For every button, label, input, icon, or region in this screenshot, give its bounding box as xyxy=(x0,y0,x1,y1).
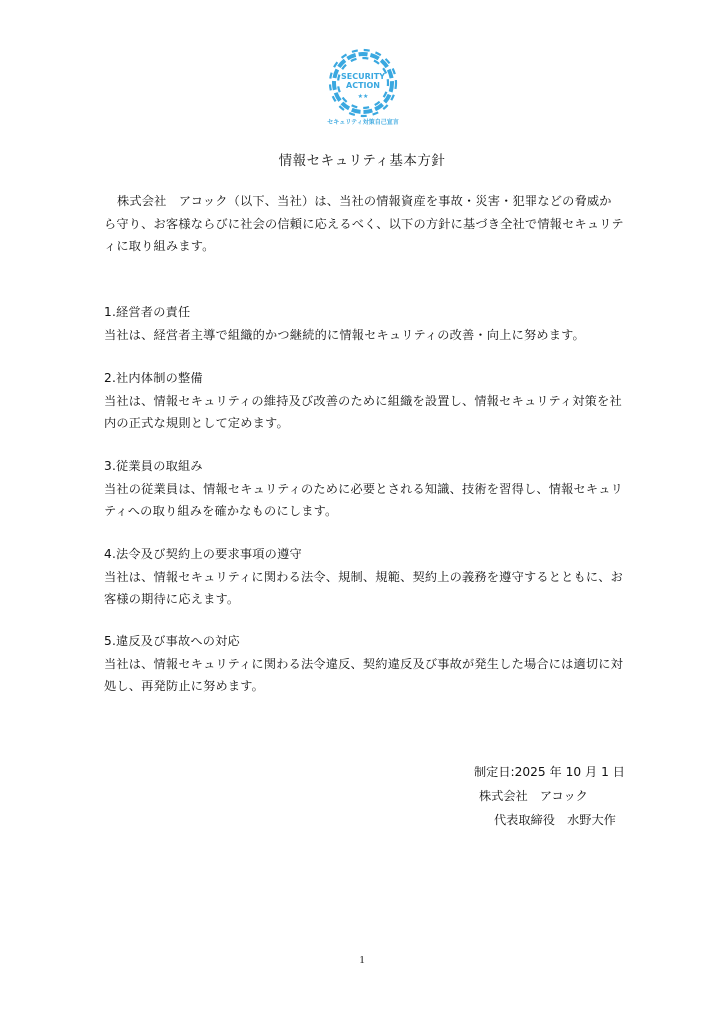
document-title: 情報セキュリティ基本方針 xyxy=(0,149,724,169)
policy-section-3: 3.従業員の取組み 当社の従業員は、情報セキュリティのために必要とされる知識、技… xyxy=(104,455,624,523)
section-body: 当社は、情報セキュリティに関わる法令、規制、規範、契約上の義務を遵守するとともに… xyxy=(104,566,624,611)
page-number: 1 xyxy=(0,954,724,966)
company-name: 株式会社 アコック xyxy=(474,784,625,808)
section-body: 当社は、経営者主導で組織的かつ継続的に情報セキュリティの改善・向上に努めます。 xyxy=(104,324,624,347)
policy-section-5: 5.違反及び事故への対応 当社は、情報セキュリティに関わる法令違反、契約違反及び… xyxy=(104,630,624,698)
policy-section-1: 1.経営者の責任 当社は、経営者主導で組織的かつ継続的に情報セキュリティの改善・… xyxy=(104,301,624,346)
section-body: 当社は、情報セキュリティの維持及び改善のために組織を設置し、情報セキュリティ対策… xyxy=(104,390,624,435)
svg-text:★★: ★★ xyxy=(358,93,369,100)
logo-caption: セキュリティ対策自己宣言 xyxy=(318,117,408,126)
svg-text:SECURITY: SECURITY xyxy=(341,72,385,81)
established-date: 制定日:2025 年 10 月 1 日 xyxy=(474,760,625,784)
section-heading: 5.違反及び事故への対応 xyxy=(104,630,624,653)
section-heading: 1.経営者の責任 xyxy=(104,301,624,324)
section-body: 当社の従業員は、情報セキュリティのために必要とされる知識、技術を習得し、情報セキ… xyxy=(104,478,624,523)
policy-section-4: 4.法令及び契約上の要求事項の遵守 当社は、情報セキュリティに関わる法令、規制、… xyxy=(104,543,624,611)
section-heading: 4.法令及び契約上の要求事項の遵守 xyxy=(104,543,624,566)
intro-paragraph: 株式会社 アコック（以下、当社）は、当社の情報資産を事故・災害・犯罪などの脅威か… xyxy=(104,190,624,258)
signature-block: 制定日:2025 年 10 月 1 日 株式会社 アコック 代表取締役 水野大作 xyxy=(474,760,625,832)
svg-text:ACTION: ACTION xyxy=(346,81,380,90)
chain-ring-icon: SECURITY ACTION ★★ xyxy=(323,47,403,119)
section-heading: 2.社内体制の整備 xyxy=(104,367,624,390)
representative-name: 代表取締役 水野大作 xyxy=(474,808,625,832)
section-body: 当社は、情報セキュリティに関わる法令違反、契約違反及び事故が発生した場合には適切… xyxy=(104,653,624,698)
section-heading: 3.従業員の取組み xyxy=(104,455,624,478)
policy-section-2: 2.社内体制の整備 当社は、情報セキュリティの維持及び改善のために組織を設置し、… xyxy=(104,367,624,435)
